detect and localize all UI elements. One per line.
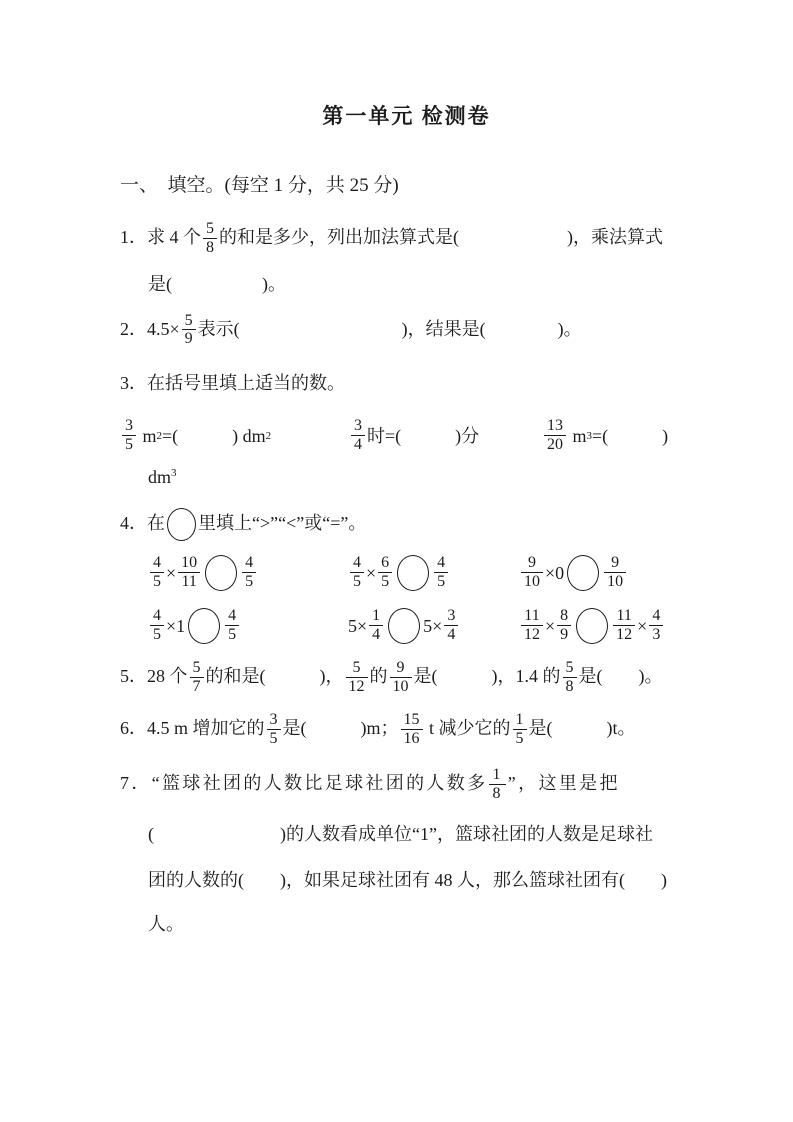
text: 团的人数的( )，如果足球社团有 48 人，那么篮球社团有( ) xyxy=(148,870,667,890)
fraction: 14 xyxy=(369,608,383,644)
fraction-denominator: 11 xyxy=(178,572,199,591)
text: m xyxy=(138,421,157,451)
fraction-denominator: 5 xyxy=(350,572,364,591)
comparison-circle xyxy=(388,608,420,644)
fraction-numerator: 15 xyxy=(401,712,423,729)
superscript: 3 xyxy=(171,467,177,479)
q7-line2: ( )的人数看成单位“1”，篮球社团的人数是足球社 xyxy=(148,819,693,849)
q2: 2．4.5×59表示( )，结果是( )。 xyxy=(120,313,693,349)
q7-line3: 团的人数的( )，如果足球社团有 48 人，那么篮球社团有( ) xyxy=(148,865,693,895)
q3-units-row: 35 m2=( ) dm234时=( )分1320 m3=( ) xyxy=(120,418,693,454)
q4-row-1-item-2: 45×6545 xyxy=(348,555,519,591)
comparison-circle xyxy=(205,555,237,591)
comparison-circle xyxy=(576,608,608,644)
text: 是( )。 xyxy=(579,666,663,686)
fraction-numerator: 4 xyxy=(350,555,364,572)
fraction-numerator: 9 xyxy=(394,660,408,677)
fraction-denominator: 16 xyxy=(401,729,423,748)
fraction: 57 xyxy=(190,660,204,696)
q6: 6．4.5 m 增加它的35是( )m；1516 t 减少它的15是( )t。 xyxy=(120,712,693,748)
q4-row-2-item-1: 45×145 xyxy=(148,608,348,644)
fraction: 910 xyxy=(521,555,543,591)
comparison-circle xyxy=(567,555,599,591)
fraction-denominator: 5 xyxy=(225,625,239,644)
fraction-denominator: 10 xyxy=(604,572,626,591)
q3-units-row-item-3: 1320 m3=( ) xyxy=(542,418,668,454)
text: 1．求 4 个 xyxy=(120,227,201,247)
fraction: 89 xyxy=(557,608,571,644)
text: dm xyxy=(148,467,171,487)
fraction-numerator: 8 xyxy=(557,608,571,625)
fraction-denominator: 20 xyxy=(544,435,566,454)
fraction-denominator: 4 xyxy=(369,625,383,644)
fraction: 58 xyxy=(203,221,217,257)
fraction: 1112 xyxy=(613,608,635,644)
fraction: 58 xyxy=(563,660,577,696)
text: t 减少它的 xyxy=(425,718,511,738)
fraction: 43 xyxy=(649,608,663,644)
text: ×0 xyxy=(545,558,564,588)
fraction-numerator: 9 xyxy=(608,555,622,572)
section-heading: 一、 填空。(每空 1 分，共 25 分) xyxy=(120,170,693,197)
fraction: 35 xyxy=(267,712,281,748)
text: =( ) dm xyxy=(162,421,266,451)
text: × xyxy=(545,611,555,641)
fraction-numerator: 1 xyxy=(369,608,383,625)
text: ×1 xyxy=(166,611,185,641)
text: × xyxy=(166,558,176,588)
fraction-numerator: 5 xyxy=(182,313,196,330)
page-title: 第一单元 检测卷 xyxy=(120,100,693,130)
fraction: 34 xyxy=(351,418,365,454)
text: 3．在括号里填上适当的数。 xyxy=(120,373,345,393)
fraction: 45 xyxy=(225,608,239,644)
q4-row-2-item-2: 5×145×34 xyxy=(348,608,519,644)
fraction: 15 xyxy=(513,712,527,748)
fraction-denominator: 4 xyxy=(444,625,458,644)
text: 5× xyxy=(348,611,367,641)
fraction-numerator: 1 xyxy=(513,712,527,729)
q4-row-1-item-1: 45×101145 xyxy=(148,555,348,591)
fraction-numerator: 5 xyxy=(203,221,217,238)
fraction-denominator: 5 xyxy=(242,572,256,591)
text: 7．“篮球社团的人数比足球社团的人数多 xyxy=(120,773,487,793)
q4-row-1: 45×10114545×6545910×0910 xyxy=(120,555,693,591)
comparison-circle xyxy=(188,608,220,644)
text: ( )的人数看成单位“1”，篮球社团的人数是足球社 xyxy=(148,824,653,844)
q3-unit-continuation: dm3 xyxy=(148,462,693,492)
fraction: 45 xyxy=(242,555,256,591)
fraction-numerator: 4 xyxy=(225,608,239,625)
q7-line4: 人。 xyxy=(148,909,693,939)
text: 是( )t。 xyxy=(529,718,636,738)
text: 是( )m； xyxy=(283,718,399,738)
fraction-denominator: 8 xyxy=(489,784,505,803)
fraction-denominator: 5 xyxy=(150,572,164,591)
q4-row-2-item-3: 1112×891112×43 xyxy=(519,608,665,644)
q4-row-2: 45×1455×145×341112×891112×43 xyxy=(120,608,693,644)
text: 5× xyxy=(423,611,442,641)
q1-line2: 是( )。 xyxy=(148,269,693,299)
fraction-numerator: 10 xyxy=(178,555,200,572)
fraction: 1516 xyxy=(401,712,423,748)
text: 2．4.5× xyxy=(120,319,180,339)
text: m xyxy=(568,421,587,451)
fraction-numerator: 6 xyxy=(378,555,392,572)
text: =( ) xyxy=(592,421,668,451)
fraction-numerator: 4 xyxy=(242,555,256,572)
text: 的和是多少，列出加法算式是( )，乘法算式 xyxy=(219,227,663,247)
fraction-denominator: 5 xyxy=(122,435,136,454)
text: 4．在 xyxy=(120,513,165,533)
q3-intro: 3．在括号里填上适当的数。 xyxy=(120,368,693,398)
fraction-denominator: 7 xyxy=(190,677,204,696)
text: 时=( )分 xyxy=(367,421,479,451)
fraction-numerator: 5 xyxy=(190,660,204,677)
fraction-numerator: 4 xyxy=(150,608,164,625)
fraction: 59 xyxy=(182,313,196,349)
fraction-numerator: 5 xyxy=(563,660,577,677)
fraction-denominator: 8 xyxy=(563,677,577,696)
fraction-numerator: 3 xyxy=(267,712,281,729)
q3-units-row-item-1: 35 m2=( ) dm2 xyxy=(120,418,349,454)
fraction: 910 xyxy=(390,660,412,696)
fraction: 45 xyxy=(150,555,164,591)
fraction-denominator: 12 xyxy=(346,677,368,696)
fraction-numerator: 11 xyxy=(521,608,542,625)
q4-row-1-item-3: 910×0910 xyxy=(519,555,628,591)
q4-intro: 4．在里填上“>”“<”或“=”。 xyxy=(120,508,693,541)
fraction: 45 xyxy=(150,608,164,644)
text: × xyxy=(637,611,647,641)
fraction-numerator: 5 xyxy=(350,660,364,677)
text: 的 xyxy=(370,666,388,686)
text: × xyxy=(366,558,376,588)
text: 6．4.5 m 增加它的 xyxy=(120,718,265,738)
text: 表示( )，结果是( )。 xyxy=(198,319,582,339)
text: 里填上“>”“<”或“=”。 xyxy=(198,513,366,533)
fraction-numerator: 9 xyxy=(525,555,539,572)
text: 人。 xyxy=(148,914,184,934)
fraction: 512 xyxy=(346,660,368,696)
text: 是( )，1.4 的 xyxy=(414,666,561,686)
worksheet-page: 第一单元 检测卷 一、 填空。(每空 1 分，共 25 分) 1．求 4 个58… xyxy=(0,0,793,1122)
fraction-numerator: 4 xyxy=(434,555,448,572)
fraction-denominator: 8 xyxy=(203,238,217,257)
q1-line1: 1．求 4 个58的和是多少，列出加法算式是( )，乘法算式 xyxy=(120,221,693,257)
comparison-circle xyxy=(397,555,429,591)
q3-units-row-item-2: 34时=( )分 xyxy=(349,418,542,454)
fraction-denominator: 3 xyxy=(649,625,663,644)
fraction-denominator: 5 xyxy=(378,572,392,591)
fraction: 910 xyxy=(604,555,626,591)
fraction-numerator: 3 xyxy=(351,418,365,435)
fraction: 34 xyxy=(444,608,458,644)
fraction-denominator: 10 xyxy=(521,572,543,591)
fraction-denominator: 12 xyxy=(521,625,543,644)
text: ”，这里是把 xyxy=(508,773,620,793)
text: 的和是( )， xyxy=(206,666,344,686)
fraction: 35 xyxy=(122,418,136,454)
text: 5．28 个 xyxy=(120,666,188,686)
fraction: 1112 xyxy=(521,608,543,644)
fraction-denominator: 5 xyxy=(267,729,281,748)
fraction: 1011 xyxy=(178,555,200,591)
q5: 5．28 个57的和是( )，512的910是( )，1.4 的58是( )。 xyxy=(120,660,693,696)
comparison-circle xyxy=(167,508,196,541)
questions-area: 1．求 4 个58的和是多少，列出加法算式是( )，乘法算式是( )。2．4.5… xyxy=(120,221,693,939)
fraction: 65 xyxy=(378,555,392,591)
fraction-denominator: 5 xyxy=(150,625,164,644)
fraction-denominator: 9 xyxy=(182,329,196,348)
fraction-numerator: 13 xyxy=(544,418,566,435)
fraction-denominator: 10 xyxy=(390,677,412,696)
fraction-numerator: 3 xyxy=(122,418,136,435)
fraction-denominator: 9 xyxy=(557,625,571,644)
fraction: 45 xyxy=(434,555,448,591)
fraction-numerator: 4 xyxy=(150,555,164,572)
fraction: 45 xyxy=(350,555,364,591)
fraction-numerator: 11 xyxy=(613,608,634,625)
q7-line1: 7．“篮球社团的人数比足球社团的人数多18”，这里是把 xyxy=(120,767,693,803)
fraction: 18 xyxy=(489,767,505,803)
fraction-denominator: 12 xyxy=(613,625,635,644)
text: 是( )。 xyxy=(148,274,286,294)
fraction-denominator: 4 xyxy=(351,435,365,454)
fraction-numerator: 3 xyxy=(444,608,458,625)
fraction-denominator: 5 xyxy=(513,729,527,748)
fraction-numerator: 4 xyxy=(649,608,663,625)
fraction-denominator: 5 xyxy=(434,572,448,591)
fraction: 1320 xyxy=(544,418,566,454)
fraction-numerator: 1 xyxy=(489,767,505,784)
